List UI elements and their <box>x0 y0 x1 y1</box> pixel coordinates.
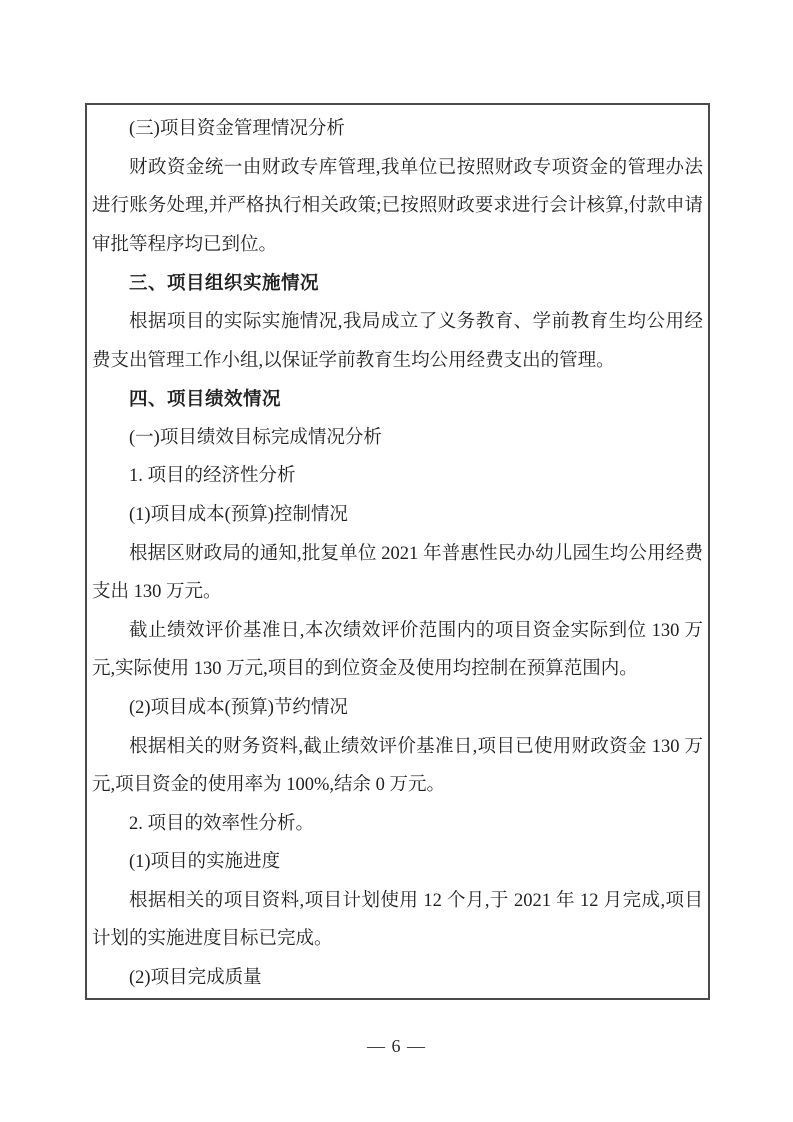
section-heading-implementation: 三、项目组织实施情况 <box>92 264 703 303</box>
body-paragraph-implementation: 根据项目的实际实施情况,我局成立了义务教育、学前教育生均公用经费支出管理工作小组… <box>92 303 703 380</box>
section-label-goal-completion: (一)项目绩效目标完成情况分析 <box>92 419 703 458</box>
section-label-fund-management: (三)项目资金管理情况分析 <box>92 110 703 149</box>
body-paragraph-schedule: 根据相关的项目资料,项目计划使用 12 个月,于 2021 年 12 月完成,项… <box>92 882 703 959</box>
body-paragraph-budget-approval: 根据区财政局的通知,批复单位 2021 年普惠性民办幼儿园生均公用经费支出 13… <box>92 535 703 612</box>
list-item-cost-control: (1)项目成本(预算)控制情况 <box>92 496 703 535</box>
list-item-economy-analysis: 1. 项目的经济性分析 <box>92 457 703 496</box>
list-item-efficiency-analysis: 2. 项目的效率性分析。 <box>92 805 703 844</box>
list-item-completion-quality: (2)项目完成质量 <box>92 959 703 998</box>
document-page: { "page": { "footer_page_number": "— 6 —… <box>0 0 793 1122</box>
body-paragraph-fund-management: 财政资金统一由财政专库管理,我单位已按照财政专项资金的管理办法进行账务处理,并严… <box>92 149 703 265</box>
page-footer: — 6 — <box>0 1035 793 1057</box>
list-item-cost-saving: (2)项目成本(预算)节约情况 <box>92 689 703 728</box>
report-table-cell: (三)项目资金管理情况分析 财政资金统一由财政专库管理,我单位已按照财政专项资金… <box>85 103 710 1000</box>
body-paragraph-funds-in-place: 截止绩效评价基准日,本次绩效评价范围内的项目资金实际到位 130 万元,实际使用… <box>92 612 703 689</box>
page-number: — 6 — <box>367 1036 426 1056</box>
section-heading-performance: 四、项目绩效情况 <box>92 380 703 419</box>
list-item-implementation-progress: (1)项目的实施进度 <box>92 843 703 882</box>
body-paragraph-usage-rate: 根据相关的财务资料,截止绩效评价基准日,项目已使用财政资金 130 万元,项目资… <box>92 728 703 805</box>
